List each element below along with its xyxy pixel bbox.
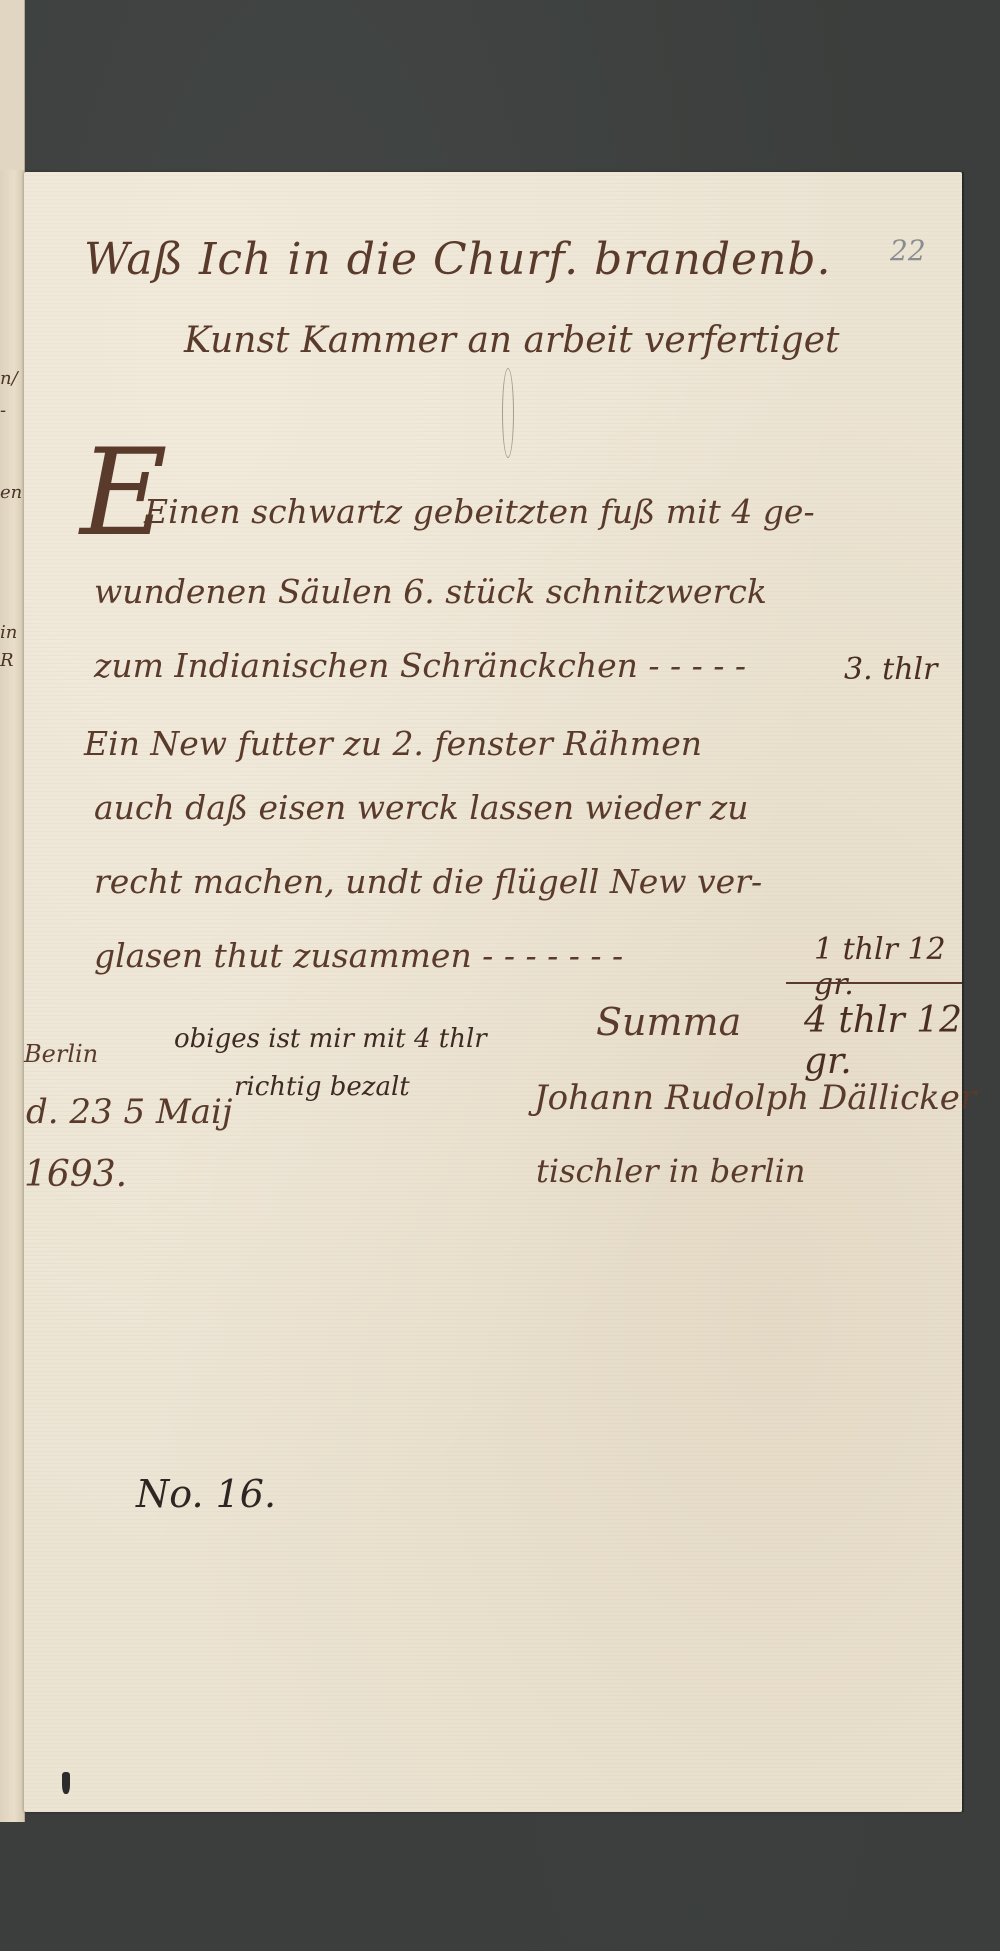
signature-name: Johann Rudolph Dällicker [534, 1078, 976, 1118]
folio-number: 22 [890, 234, 926, 267]
previous-page-fragment: R [0, 650, 22, 671]
previous-page-fragment: n/ [0, 368, 22, 389]
document-number: No. 16. [136, 1472, 276, 1516]
heading-line-2: Kunst Kammer an arbeit verfertiget [184, 320, 839, 361]
item-1-amount: 3. thlr [844, 652, 937, 687]
total-label: Summa [596, 1000, 741, 1044]
ink-blot [62, 1772, 70, 1794]
dateline-place: Berlin [24, 1040, 98, 1068]
item-2-line-2: auch daß eisen werck lassen wieder zu [94, 788, 749, 827]
dateline-day-month: d. 23 5 Maij [26, 1092, 232, 1132]
receipt-note-line-1: obiges ist mir mit 4 thlr [174, 1024, 487, 1054]
manuscript-page: 22 Waß Ich in die Churf. brandenb. Kunst… [24, 172, 962, 1812]
heading-line-1: Waß Ich in die Churf. brandenb. [84, 234, 832, 285]
receipt-note-line-2: richtig bezalt [234, 1072, 410, 1102]
total-rule [786, 982, 962, 984]
item-2-line-3: recht machen, undt die flügell New ver- [94, 862, 762, 901]
previous-page-top [0, 0, 24, 170]
item-2-line-4: glasen thut zusammen - - - - - - - [94, 936, 623, 975]
signature-title: tischler in berlin [536, 1152, 806, 1190]
total-amount: 4 thlr 12 gr. [804, 1000, 962, 1082]
item-1-line-1: Einen schwartz gebeitzten fuß mit 4 ge- [144, 492, 815, 531]
previous-page-fragment: en [0, 482, 22, 503]
dateline-year: 1693. [24, 1154, 127, 1195]
item-2-amount: 1 thlr 12 gr. [814, 932, 962, 1002]
item-1-line-2: wundenen Säulen 6. stück schnitzwerck [94, 572, 767, 611]
previous-page-fragment: - [0, 400, 22, 421]
page-edge-shadow [962, 172, 964, 1812]
item-2-line-1: Ein New futter zu 2. fenster Rähmen [84, 724, 702, 763]
item-1-line-3: zum Indianischen Schränckchen - - - - - [94, 646, 746, 685]
previous-page-edge: n/ - en in R [0, 0, 25, 1822]
pencil-mark [502, 368, 514, 458]
previous-page-fragment: in [0, 622, 22, 643]
